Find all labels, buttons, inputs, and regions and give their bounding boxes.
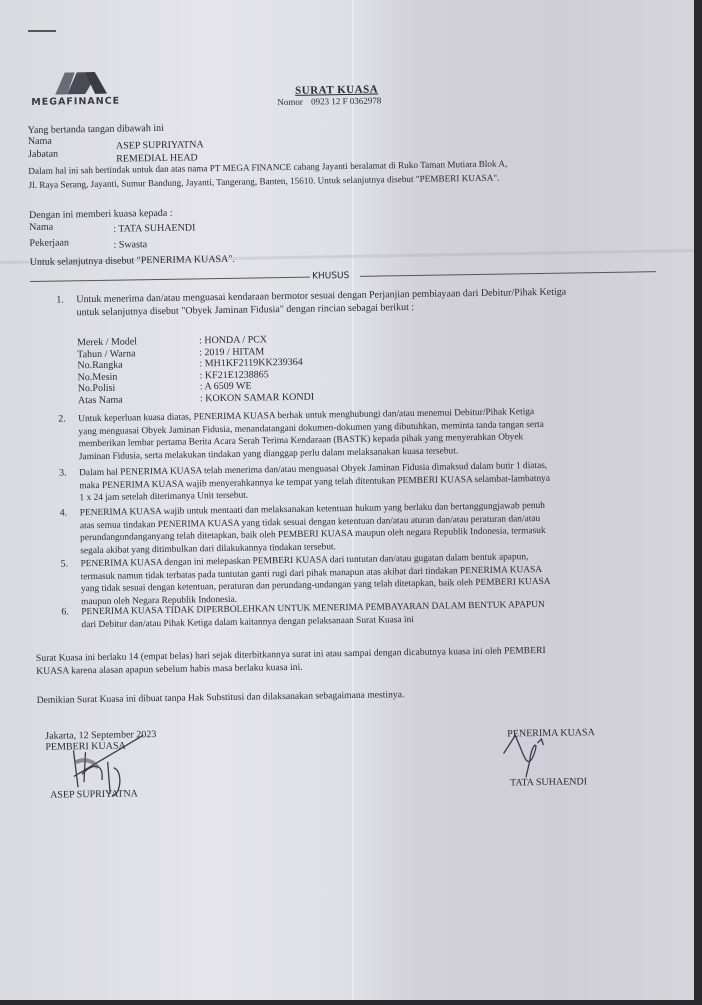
clause-number: 5. — [60, 558, 68, 571]
clause-text: Untuk keperluan kuasa diatas, PENERIMA K… — [78, 404, 664, 463]
grantee-intro: Dengan ini memberi kuasa kepada : — [29, 208, 173, 222]
divider-left — [30, 277, 310, 282]
clause-number: 3. — [59, 467, 67, 480]
grantor-name: ASEP SUPRIYATNA — [116, 139, 204, 151]
grantee-signatory-name: TATA SUHAENDI — [510, 776, 587, 789]
clause-2: 2.Untuk keperluan kuasa diatas, PENERIMA… — [58, 404, 658, 413]
clause-number: 2. — [58, 413, 66, 426]
vehicle-field-value: : KF21E1238865 — [200, 369, 269, 381]
document-paper: MEGAFINANCE SURAT KUASA Nomor 0923 12 F … — [0, 0, 694, 1000]
nomor-label: Nomor — [277, 97, 303, 107]
clause-number: 6. — [61, 606, 69, 619]
clause-number: 1. — [56, 294, 64, 307]
vehicle-details: Merek / Model: HONDA / PCXTahun / Warna:… — [0, 0, 688, 6]
grantee-closing: Untuk selanjutnya disebut "PENERIMA KUAS… — [30, 254, 235, 269]
clause-text: PENERIMA KUASA wajib untuk mentaati dan … — [80, 498, 666, 557]
clause-text: Untuk menerima dan/atau menguasai kendar… — [76, 285, 661, 319]
clause-text: Dalam hal PENERIMA KUASA telah menerima … — [79, 458, 665, 505]
vehicle-field-value: : A 6509 WE — [200, 381, 252, 393]
nomor-value: 0923 12 F 0362978 — [311, 95, 381, 106]
clause-1: 1. Untuk menerima dan/atau menguasai ken… — [56, 285, 656, 294]
vehicle-field-value: : HONDA / PCX — [199, 334, 267, 346]
brand-name: MEGAFINANCE — [31, 96, 120, 108]
grantor-signatory-name: ASEP SUPRIYATNA — [50, 788, 138, 801]
closing-statement: Demikian Surat Kuasa ini dibuat tanpa Ha… — [37, 689, 405, 707]
vehicle-field-value: : KOKON SAMAR KONDI — [200, 391, 314, 404]
section-label: KHUSUS — [312, 271, 349, 282]
grantee-name: : TATA SUHAENDI — [113, 222, 195, 234]
grantee-job: : Swasta — [113, 239, 147, 251]
vehicle-field-label: Atas Nama — [78, 393, 198, 406]
clause-number: 4. — [60, 507, 68, 520]
vehicle-field-value: : 2019 / HITAM — [199, 346, 264, 358]
letter-content: MEGAFINANCE SURAT KUASA Nomor 0923 12 F … — [0, 0, 694, 1000]
grantor-name-label: Nama — [28, 136, 52, 147]
grantee-job-label: Pekerjaan — [29, 237, 69, 249]
grantee-name-label: Nama — [29, 222, 53, 233]
grantee-signature-icon — [501, 731, 572, 782]
document-number: Nomor 0923 12 F 0362978 — [277, 95, 381, 107]
vehicle-field-value: : MH1KF2119KK239364 — [199, 357, 302, 370]
divider-right — [360, 271, 656, 277]
grantor-position-label: Jabatan — [28, 149, 58, 160]
clauses-2-6: 2.Untuk keperluan kuasa diatas, PENERIMA… — [0, 0, 688, 6]
mega-finance-m-logo-icon — [55, 72, 107, 95]
